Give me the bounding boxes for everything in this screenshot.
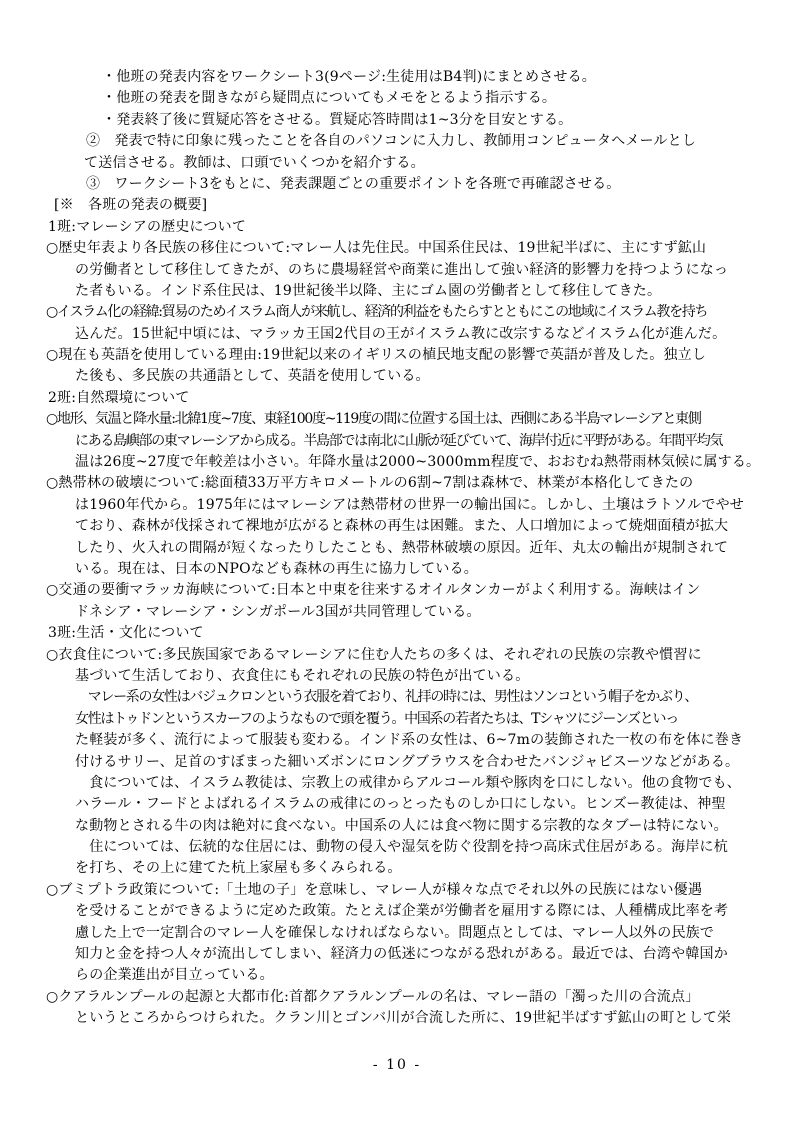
text-line: た者もいる。インド系住民は、19世紀後半以降、主にゴム園の労働者として移住してき… [46, 281, 758, 302]
text-line: な動物とされる牛の肉は絶対に食べない。中国系の人には食べ物に関する宗教的なタブー… [46, 816, 758, 837]
text-line: 1班:マレーシアの歴史について [46, 217, 758, 238]
text-line: [※ 各班の発表の概要] [46, 195, 758, 216]
text-line: て送信させる。教師は、口頭でいくつかを紹介する。 [46, 153, 758, 174]
text-line: いる。現在は、日本のNPOなども森林の再生に協力している。 [46, 559, 758, 580]
text-line: ○交通の要衝マラッカ海峡について:日本と中東を往来するオイルタンカーがよく利用す… [46, 580, 758, 601]
document-page: ・他班の発表内容をワークシート3(9ページ:生徒用はB4判)にまとめさせる。・他… [0, 0, 794, 1123]
text-line: た軽装が多く、流行によって服装も変わる。インド系の女性は、6~7mの装飾された一… [46, 730, 758, 751]
text-line: したり、火入れの間隔が短くなったりしたことも、熱帯林破壊の原因。近年、丸太の輸出… [46, 538, 758, 559]
text-line: ハラール・フードとよばれるイスラムの戒律にのっとったものしか口にしない。ヒンズー… [46, 794, 758, 815]
text-line: ており、森林が伐採されて裸地が広がると森林の再生は困難。また、人口増加によって焼… [46, 516, 758, 537]
text-line: 食については、イスラム教徒は、宗教上の戒律からアルコール類や豚肉を口にしない。他… [46, 773, 758, 794]
text-line: ・他班の発表内容をワークシート3(9ページ:生徒用はB4判)にまとめさせる。 [46, 67, 758, 88]
text-line: ○熱帯林の破壊について:総面積33万平方キロメートルの6割~7割は森林で、林業が… [46, 473, 758, 494]
text-line: 3班:生活・文化について [46, 623, 758, 644]
text-line: 2班:自然環境について [46, 388, 758, 409]
text-line: らの企業進出が目立っている。 [46, 965, 758, 986]
text-line: ○クアラルンプールの起源と大都市化:首都クアラルンプールの名は、マレー語の「濁っ… [46, 987, 758, 1008]
text-line: にある島嶼部の東マレーシアから成る。半島部では南北に山脈が延びていて、海岸付近に… [46, 431, 758, 452]
text-line: 込んだ。15世紀中頃には、マラッカ王国2代目の王がイスラム教に改宗するなどイスラ… [46, 324, 758, 345]
text-line: ○イスラム化の経緯:貿易のためイスラム商人が来航し、経済的利益をもたらすとともに… [46, 302, 758, 323]
text-line: ○地形、気温と降水量:北緯1度~7度、東経100度~119度の間に位置する国土は… [46, 409, 758, 430]
text-line: ③ ワークシート3をもとに、発表課題ごとの重要ポイントを各班で再確認させる。 [46, 174, 758, 195]
text-line: ・発表終了後に質疑応答をさせる。質疑応答時間は1~3分を目安とする。 [46, 110, 758, 131]
page-number: - 10 - [0, 1057, 794, 1073]
text-line: ○衣食住について:多民族国家であるマレーシアに住む人たちの多くは、それぞれの民族… [46, 645, 758, 666]
text-line: 女性はトゥドンというスカーフのようなもので頭を覆う。中国系の若者たちは、Tシャツ… [46, 709, 758, 730]
text-line: ○ブミプトラ政策について:「土地の子」を意味し、マレー人が様々な点でそれ以外の民… [46, 880, 758, 901]
text-line: 付けるサリー、足首のすぼまった細いズボンにロングブラウスを合わせたバンジャビスー… [46, 752, 758, 773]
text-line: マレー系の女性はバジュクロンという衣服を着ており、礼拝の時には、男性はソンコとい… [46, 687, 758, 708]
text-line: 知力と金を持つ人々が流出してしまい、経済力の低迷につながる恐れがある。最近では、… [46, 944, 758, 965]
text-line: を受けることができるように定めた政策。たとえば企業が労働者を雇用する際には、人種… [46, 901, 758, 922]
text-line: 温は26度~27度で年較差は小さい。年降水量は2000~3000mm程度で、おお… [46, 452, 758, 473]
text-line: ○現在も英語を使用している理由:19世紀以来のイギリスの植民地支配の影響で英語が… [46, 345, 758, 366]
text-line: ○歴史年表より各民族の移住について:マレー人は先住民。中国系住民は、19世紀半ば… [46, 238, 758, 259]
text-line: ・他班の発表を聞きながら疑問点についてもメモをとるよう指示する。 [46, 88, 758, 109]
text-line: ドネシア・マレーシア・シンガポール3国が共同管理している。 [46, 602, 758, 623]
text-line: は1960年代から。1975年にはマレーシアは熱帯材の世界一の輸出国に。しかし、… [46, 495, 758, 516]
text-line: た後も、多民族の共通語として、英語を使用している。 [46, 366, 758, 387]
text-line: を打ち、その上に建てた杭上家屋も多くみられる。 [46, 858, 758, 879]
text-line: というところからつけられた。クラン川とゴンバ川が合流した所に、19世紀半ばすず鉱… [46, 1008, 758, 1029]
text-line: 基づいて生活しており、衣食住にもそれぞれの民族の特色が出ている。 [46, 666, 758, 687]
text-line: 住については、伝統的な住居には、動物の侵入や湿気を防ぐ役割を持つ高床式住居がある… [46, 837, 758, 858]
text-line: 慮した上で一定割合のマレー人を確保しなければならない。問題点としては、マレー人以… [46, 923, 758, 944]
document-body: ・他班の発表内容をワークシート3(9ページ:生徒用はB4判)にまとめさせる。・他… [46, 67, 758, 1030]
text-line: ② 発表で特に印象に残ったことを各自のパソコンに入力し、教師用コンピュータへメー… [46, 131, 758, 152]
text-line: の労働者として移住してきたが、のちに農場経営や商業に進出して強い経済的影響力を持… [46, 260, 758, 281]
